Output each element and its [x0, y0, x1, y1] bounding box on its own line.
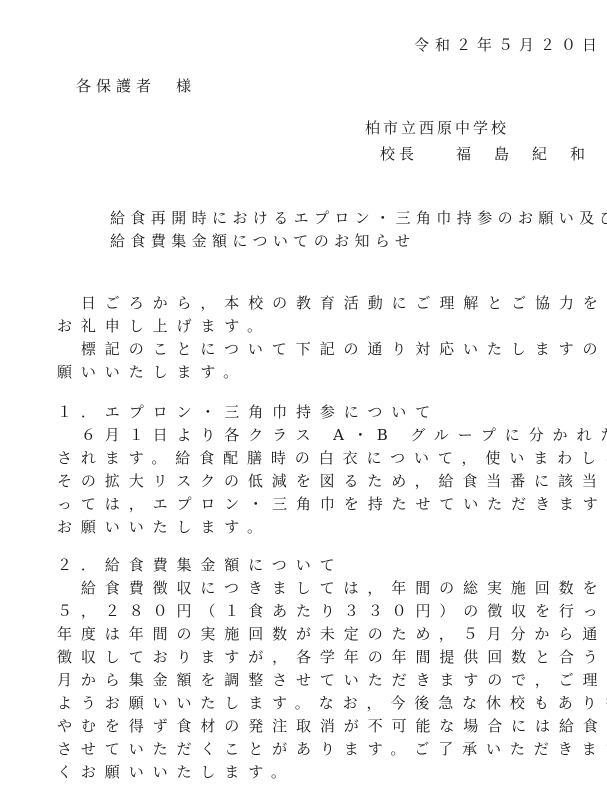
body-line: ６月１日より各クラス A・B グループに分かれた分散登校が開始	[57, 426, 607, 444]
body-line: くお願いいたします。	[57, 763, 295, 781]
body-line: 願いいたします。	[57, 363, 247, 381]
title-line: 給食費集金額についてのお知らせ	[110, 232, 415, 250]
body-line: 日ごろから，本校の教育活動にご理解とご協力をいただき，厚く	[57, 294, 607, 312]
body-line: 月から集金額を調整させていただきますので，ご理解くださいます	[57, 671, 607, 689]
body-line: お願いいたします。	[57, 518, 271, 536]
body-line: っては，エプロン・三角巾を持たせていただきますよう，ご協力を	[57, 495, 607, 513]
body-line: お礼申し上げます。	[57, 317, 271, 335]
section-heading: ２．給食費集金額について	[57, 556, 344, 574]
sender-school: 柏市立西原中学校	[365, 119, 509, 137]
body-line: ようお願いいたします。なお，今後急な休校もあり得ることから，	[57, 694, 607, 712]
document-date: 令和２年５月２０日	[414, 36, 603, 54]
addressee: 各保護者 様	[76, 77, 196, 95]
body-line: 徴収しておりますが，各学年の年間提供回数と合うように最終徴収	[57, 648, 607, 666]
title-line: 給食再開時におけるエプロン・三角巾持参のお願い及び	[110, 209, 607, 227]
body-line: されます。給食配膳時の白衣について，使いまわしによる感染及び	[57, 449, 607, 467]
body-line: その拡大リスクの低減を図るため，給食当番に該当する生徒にあた	[57, 472, 607, 490]
body-line: ５，２８０円（１食あたり３３０円）の徴収を行っております。今	[57, 602, 607, 620]
body-line: 給食費徴収につきましては，年間の総実施回数をもとに，月額	[57, 579, 607, 597]
sender-principal: 校長 福 島 紀 和	[380, 145, 589, 163]
body-line: 年度は年間の実施回数が未定のため，５月分から通常通り給食費を	[57, 625, 607, 643]
body-line: やむを得ず食材の発注取消が不可能な場合には給食費からお支払を	[57, 717, 607, 735]
body-line: 標記のことについて下記の通り対応いたしますので，ご確認をお	[57, 340, 607, 358]
section-heading: １．エプロン・三角巾持参について	[57, 403, 439, 421]
body-line: させていただくことがあります。ご了承いただきますよう，よろし	[57, 740, 607, 758]
